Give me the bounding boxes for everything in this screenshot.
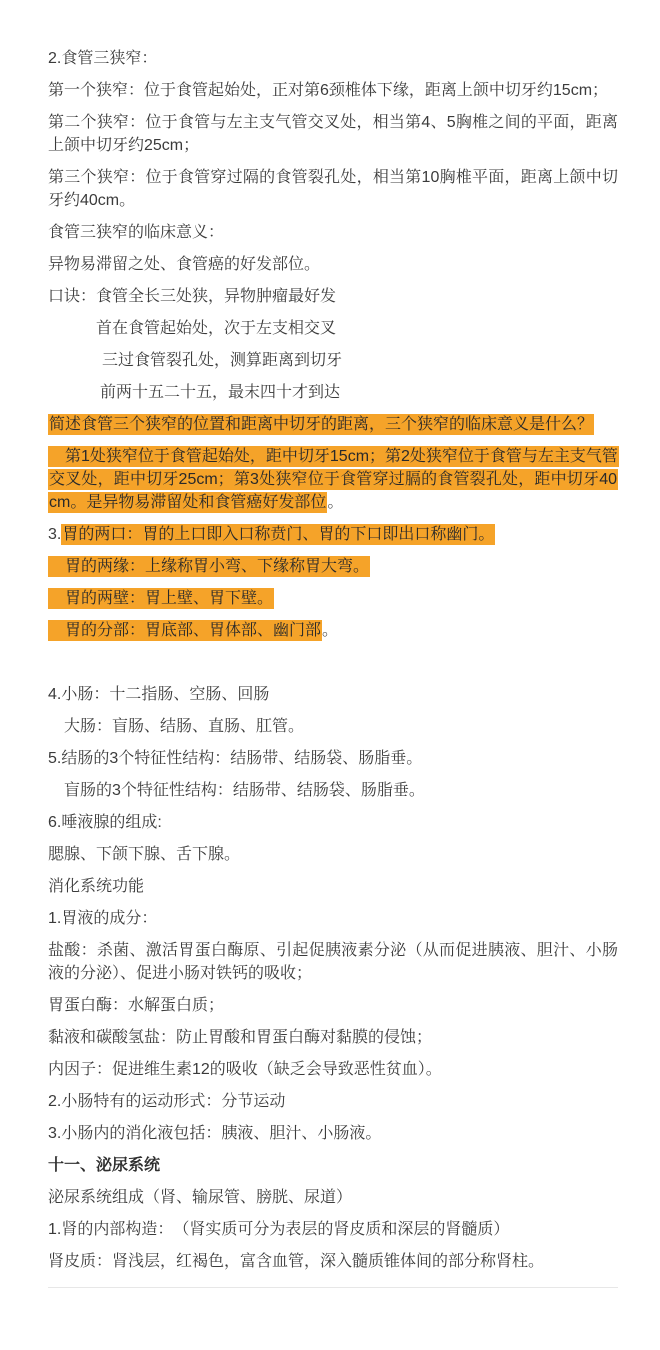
digestive-function-title: 消化系统功能 (48, 875, 618, 898)
mnemonic-line-1: 口诀：食管全长三处狭，异物肿瘤最好发 (48, 285, 618, 308)
text-run: 4.小肠：十二指肠、空肠、回肠 (48, 686, 269, 703)
stomach-two-curvatures: 胃的两缘：上缘称胃小弯、下缘称胃大弯。 (48, 555, 618, 578)
salivary-glands-list: 腮腺、下颌下腺、舌下腺。 (48, 843, 618, 866)
clinical-significance-text: 异物易滞留之处、食管癌的好发部位。 (48, 253, 618, 276)
text-run: 第一个狭窄：位于食管起始处，正对第6颈椎体下缘，距离上颌中切牙约15cm； (48, 82, 608, 99)
small-intestine: 4.小肠：十二指肠、空肠、回肠 (48, 683, 618, 706)
text-run: 口诀：食管全长三处狭，异物肿瘤最好发 (48, 288, 336, 305)
text-run: 大肠：盲肠、结肠、直肠、肛管。 (64, 718, 304, 735)
urinary-system-composition: 泌尿系统组成（肾、输尿管、膀胱、尿道） (48, 1186, 618, 1209)
text-run: 1.胃液的成分： (48, 910, 157, 927)
mnemonic-line-4: 前两十五二十五，最末四十才到达 (48, 381, 618, 404)
highlighted-text: 胃的分部：胃底部、胃体部、幽门部 (48, 620, 322, 641)
text-run: 。 (327, 494, 343, 511)
segmentation-motion: 2.小肠特有的运动形式：分节运动 (48, 1090, 618, 1113)
stomach-divisions: 胃的分部：胃底部、胃体部、幽门部。 (48, 619, 618, 642)
clinical-significance-title: 食管三狭窄的临床意义： (48, 221, 618, 244)
mnemonic-line-3: 三过食管裂孔处，测算距离到切牙 (48, 349, 618, 372)
urinary-system-heading: 十一、泌尿系统 (48, 1154, 618, 1177)
highlighted-text: 胃的两壁：胃上壁、胃下壁。 (48, 588, 274, 609)
text-run: 泌尿系统组成（肾、输尿管、膀胱、尿道） (48, 1189, 352, 1206)
text-run: 前两十五二十五，最末四十才到达 (100, 384, 340, 401)
text-run: 食管三狭窄的临床意义： (48, 224, 224, 241)
text-run: 第三个狭窄：位于食管穿过隔的食管裂孔处，相当第10胸椎平面，距离上颌中切牙约40… (48, 169, 618, 209)
salivary-glands-title: 6.唾液腺的组成: (48, 811, 618, 834)
highlighted-text: 胃的两口：胃的上口即入口称贲门、胃的下口即出口称幽门。 (61, 524, 495, 545)
mucus-bicarbonate: 黏液和碳酸氢盐：防止胃酸和胃蛋白酶对黏膜的侵蚀； (48, 1026, 618, 1049)
text-run: 首在食管起始处，次于左支相交叉 (96, 320, 336, 337)
text-run: 腮腺、下颌下腺、舌下腺。 (48, 846, 240, 863)
text-run: 黏液和碳酸氢盐：防止胃酸和胃蛋白酶对黏膜的侵蚀； (48, 1029, 432, 1046)
text-run: 。 (322, 622, 338, 639)
text-run: 异物易滞留之处、食管癌的好发部位。 (48, 256, 320, 273)
text-run: 3.小肠内的消化液包括：胰液、胆汁、小肠液。 (48, 1125, 381, 1142)
paragraph-container: 2.食管三狭窄：第一个狭窄：位于食管起始处，正对第6颈椎体下缘，距离上颌中切牙约… (48, 47, 618, 1273)
blank-spacer (48, 651, 618, 674)
text-run: 三过食管裂孔处，测算距离到切牙 (102, 352, 342, 369)
third-constriction: 第三个狭窄：位于食管穿过隔的食管裂孔处，相当第10胸椎平面，距离上颌中切牙约40… (48, 166, 618, 212)
second-constriction: 第二个狭窄：位于食管与左主支气管交叉处，相当第4、5胸椎之间的平面，距离上颌中切… (48, 111, 618, 157)
renal-cortex: 肾皮质：肾浅层，红褐色，富含血管，深入髓质锥体间的部分称肾柱。 (48, 1250, 618, 1273)
esophagus-constrictions-title: 2.食管三狭窄： (48, 47, 618, 70)
cecum-features: 盲肠的3个特征性结构：结肠带、结肠袋、肠脂垂。 (48, 779, 618, 802)
colon-features: 5.结肠的3个特征性结构：结肠带、结肠袋、肠脂垂。 (48, 747, 618, 770)
text-run: 内因子：促进维生素12的吸收（缺乏会导致恶性贫血）。 (48, 1061, 442, 1078)
text-run: 盐酸：杀菌、激活胃蛋白酶原、引起促胰液素分泌（从而促进胰液、胆汁、小肠液的分泌）… (48, 942, 618, 982)
highlighted-text: 胃的两缘：上缘称胃小弯、下缘称胃大弯。 (48, 556, 370, 577)
text-run: 6.唾液腺的组成: (48, 814, 162, 831)
highlighted-answer: 第1处狭窄位于食管起始处，距中切牙15cm；第2处狭窄位于食管与左主支气管交叉处… (48, 445, 618, 514)
text-run: 5.结肠的3个特征性结构：结肠带、结肠袋、肠脂垂。 (48, 750, 422, 767)
mnemonic-line-2: 首在食管起始处，次于左支相交叉 (48, 317, 618, 340)
text-run: 2.食管三狭窄： (48, 50, 157, 67)
text-run: 消化系统功能 (48, 878, 144, 895)
highlighted-question: 简述食管三个狭窄的位置和距离中切牙的距离，三个狭窄的临床意义是什么？ (48, 413, 618, 436)
text-run: 1.肾的内部构造： （肾实质可分为表层的肾皮质和深层的肾髓质） (48, 1221, 509, 1238)
text-run: 2.小肠特有的运动形式：分节运动 (48, 1093, 285, 1110)
text-run: 胃蛋白酶：水解蛋白质； (48, 997, 224, 1014)
text-run: 十一、泌尿系统 (48, 1157, 160, 1174)
gastric-juice-title: 1.胃液的成分： (48, 907, 618, 930)
kidney-structure: 1.肾的内部构造： （肾实质可分为表层的肾皮质和深层的肾髓质） (48, 1218, 618, 1241)
intrinsic-factor: 内因子：促进维生素12的吸收（缺乏会导致恶性贫血）。 (48, 1058, 618, 1081)
pepsin: 胃蛋白酶：水解蛋白质； (48, 994, 618, 1017)
text-run: 盲肠的3个特征性结构：结肠带、结肠袋、肠脂垂。 (64, 782, 425, 799)
section-divider (48, 1287, 618, 1288)
highlighted-text: 简述食管三个狭窄的位置和距离中切牙的距离，三个狭窄的临床意义是什么？ (48, 414, 594, 435)
hydrochloric-acid: 盐酸：杀菌、激活胃蛋白酶原、引起促胰液素分泌（从而促进胰液、胆汁、小肠液的分泌）… (48, 939, 618, 985)
text-run: 第二个狭窄：位于食管与左主支气管交叉处，相当第4、5胸椎之间的平面，距离上颌中切… (48, 114, 618, 154)
digestive-fluids: 3.小肠内的消化液包括：胰液、胆汁、小肠液。 (48, 1122, 618, 1145)
first-constriction: 第一个狭窄：位于食管起始处，正对第6颈椎体下缘，距离上颌中切牙约15cm； (48, 79, 618, 102)
text-run: 3. (48, 526, 61, 543)
large-intestine: 大肠：盲肠、结肠、直肠、肛管。 (48, 715, 618, 738)
stomach-two-openings: 3.胃的两口：胃的上口即入口称贲门、胃的下口即出口称幽门。 (48, 523, 618, 546)
document-body: 2.食管三狭窄：第一个狭窄：位于食管起始处，正对第6颈椎体下缘，距离上颌中切牙约… (0, 0, 660, 1288)
text-run: 肾皮质：肾浅层，红褐色，富含血管，深入髓质锥体间的部分称肾柱。 (48, 1253, 544, 1270)
stomach-two-walls: 胃的两壁：胃上壁、胃下壁。 (48, 587, 618, 610)
